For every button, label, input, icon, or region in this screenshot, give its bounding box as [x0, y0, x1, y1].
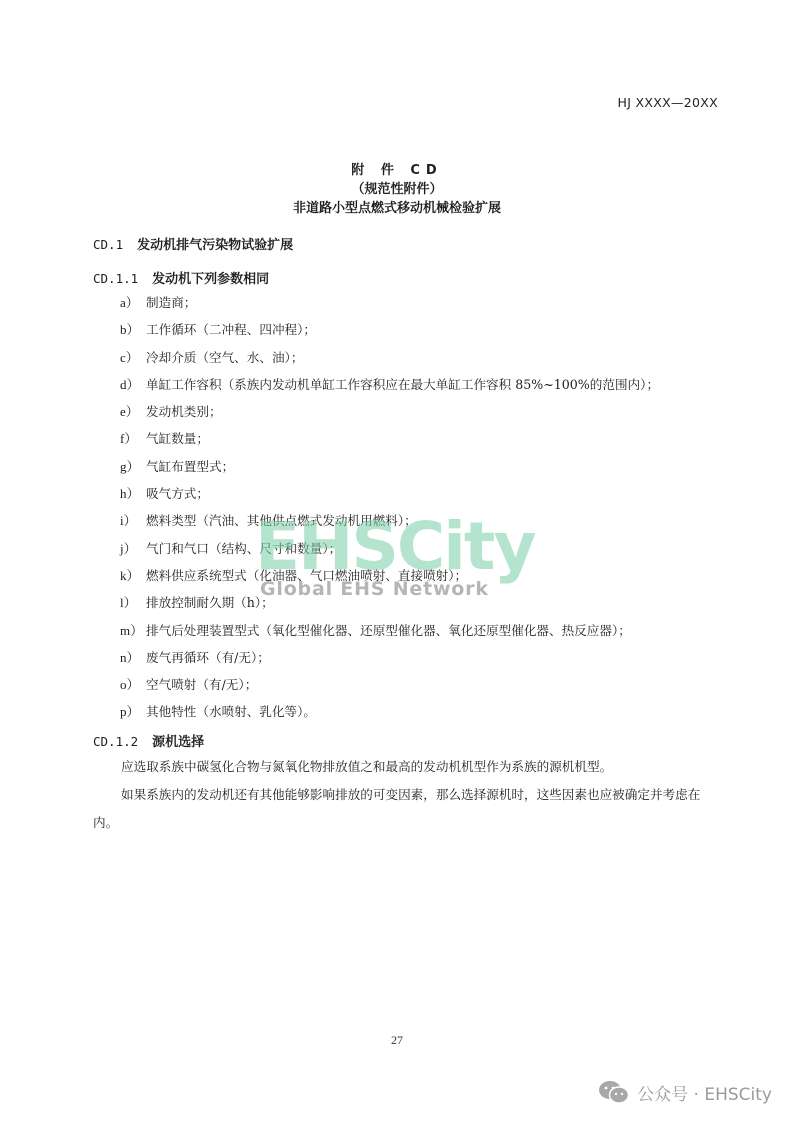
body-paragraph: 应选取系族中碳氢化合物与氮氧化物排放值之和最高的发动机机型作为系族的源机机型。 [93, 753, 723, 781]
footer-brand-text: 公众号 · EHSCity [637, 1080, 772, 1105]
list-item: b）工作循环（二冲程、四冲程）； [120, 321, 659, 348]
list-text: 气门和气口（结构、尺寸和数量）； [146, 541, 341, 556]
list-item: l）排放控制耐久期（h）； [120, 594, 659, 621]
list-text: 燃料类型（汽油、其他供点燃式发动机用燃料）； [146, 513, 417, 528]
list-marker: a） [120, 294, 146, 312]
list-marker: j） [120, 540, 146, 558]
standard-code: HJ XXXX—20XX [618, 95, 718, 110]
list-text: 冷却介质（空气、水、油）； [146, 350, 303, 365]
list-text: 空气喷射（有/无）； [146, 677, 257, 692]
annex-title-block: 附 件 CD （规范性附件） 非道路小型点燃式移动机械检验扩展 [0, 161, 794, 218]
list-item: o）空气喷射（有/无）； [120, 676, 659, 703]
section-heading-cd1-1: CD.1.1发动机下列参数相同 [93, 268, 269, 287]
list-marker: k） [120, 567, 146, 585]
list-item: k）燃料供应系统型式（化油器、气口燃油喷射、直接喷射）； [120, 567, 659, 594]
list-text: 吸气方式； [146, 486, 209, 501]
body-paragraph: 如果系族内的发动机还有其他能够影响排放的可变因素，那么选择源机时，这些因素也应被… [93, 781, 723, 837]
list-marker: n） [120, 649, 146, 667]
list-item: e）发动机类别； [120, 403, 659, 430]
section-title: 发动机下列参数相同 [152, 272, 269, 287]
list-item: i）燃料类型（汽油、其他供点燃式发动机用燃料）； [120, 512, 659, 539]
list-marker: i） [120, 512, 146, 530]
footer-brand: 公众号 · EHSCity [597, 1079, 772, 1105]
list-marker: g） [120, 458, 146, 476]
annex-label: 附 件 CD [0, 161, 794, 180]
list-text: 单缸工作容积（系族内发动机单缸工作容积应在最大单缸工作容积 85%~100%的范… [146, 377, 659, 392]
list-item: n）废气再循环（有/无）； [120, 649, 659, 676]
list-item: p）其他特性（水喷射、乳化等）。 [120, 703, 659, 730]
section-heading-cd1: CD.1发动机排气污染物试验扩展 [93, 234, 293, 253]
wechat-icon [597, 1079, 631, 1105]
list-text: 气缸数量； [146, 431, 209, 446]
annex-main-title: 非道路小型点燃式移动机械检验扩展 [0, 199, 794, 218]
list-item: c）冷却介质（空气、水、油）； [120, 349, 659, 376]
list-marker: d） [120, 376, 146, 394]
list-text: 排放控制耐久期（h）； [146, 595, 274, 610]
section-number: CD.1.1 [93, 271, 138, 286]
section-heading-cd1-2: CD.1.2源机选择 [93, 731, 204, 750]
list-marker: b） [120, 321, 146, 339]
list-text: 工作循环（二冲程、四冲程）； [146, 322, 316, 337]
list-text: 其他特性（水喷射、乳化等）。 [146, 704, 316, 719]
list-marker: l） [120, 594, 146, 612]
list-marker: e） [120, 403, 146, 421]
list-item: f）气缸数量； [120, 430, 659, 457]
list-item: h）吸气方式； [120, 485, 659, 512]
list-marker: o） [120, 676, 146, 694]
section-number: CD.1 [93, 237, 123, 252]
list-text: 发动机类别； [146, 404, 222, 419]
page-number: 27 [0, 1033, 794, 1048]
section-title: 源机选择 [152, 735, 204, 750]
list-item: a）制造商； [120, 294, 659, 321]
list-item: m）排气后处理装置型式（氧化型催化器、还原型催化器、氧化还原型催化器、热反应器）… [120, 622, 659, 649]
list-marker: f） [120, 430, 146, 448]
engine-parameter-list: a）制造商； b）工作循环（二冲程、四冲程）； c）冷却介质（空气、水、油）； … [120, 294, 659, 731]
list-marker: h） [120, 485, 146, 503]
list-marker: c） [120, 349, 146, 367]
list-text: 废气再循环（有/无）； [146, 650, 270, 665]
list-marker: m） [120, 622, 146, 640]
list-item: j）气门和气口（结构、尺寸和数量）； [120, 540, 659, 567]
list-text: 气缸布置型式； [146, 459, 234, 474]
section-title: 发动机排气污染物试验扩展 [137, 238, 293, 253]
section-number: CD.1.2 [93, 734, 138, 749]
list-item: d）单缸工作容积（系族内发动机单缸工作容积应在最大单缸工作容积 85%~100%… [120, 376, 659, 403]
list-item: g）气缸布置型式； [120, 458, 659, 485]
list-text: 燃料供应系统型式（化油器、气口燃油喷射、直接喷射）； [146, 568, 467, 583]
list-text: 排气后处理装置型式（氧化型催化器、还原型催化器、氧化还原型催化器、热反应器）； [146, 623, 631, 638]
list-marker: p） [120, 703, 146, 721]
list-text: 制造商； [146, 295, 196, 310]
annex-type: （规范性附件） [0, 180, 794, 199]
